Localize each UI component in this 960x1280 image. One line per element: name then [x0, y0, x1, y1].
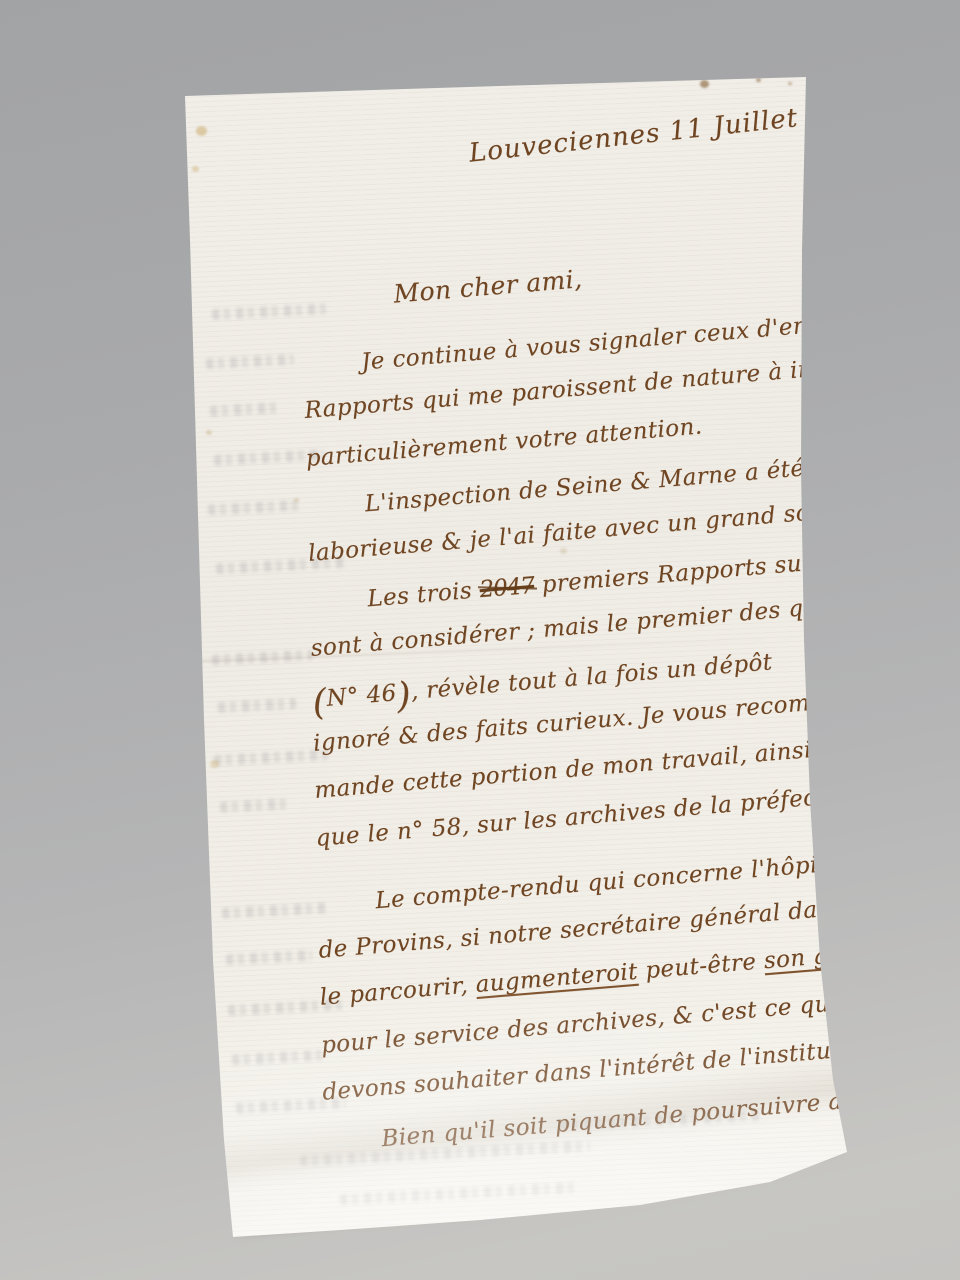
- letter-line: le parcourir, augmenteroit peut-être son…: [319, 936, 921, 1033]
- letter-line: Rapports qui me paroissent de nature à i…: [303, 349, 905, 446]
- handwritten-text: ignoré & des faits curieux. Je vous reco…: [312, 689, 819, 756]
- letter-line: ignoré & des faits curieux. Je vous reco…: [312, 681, 914, 778]
- handwritten-text: que le n° 58, sur les archives de la pré…: [315, 779, 876, 851]
- foxing-spot: [196, 126, 207, 136]
- handwritten-text: devons souhaiter dans l'intérêt de l'ins…: [321, 1034, 886, 1106]
- paper-crease: [192, 636, 810, 663]
- letter-line: Je continue à vous signaler ceux d'entre…: [360, 305, 904, 397]
- showthrough-streak: [212, 649, 312, 665]
- photo-scene: Louveciennes 11 Juillet 64. Mon cher ami…: [0, 0, 960, 1280]
- showthrough-streak: [214, 749, 332, 766]
- showthrough-streak: [236, 1097, 346, 1114]
- showthrough-streak: [218, 698, 296, 713]
- letter-body: Mon cher ami,Je continue à vous signaler…: [302, 266, 925, 1174]
- showthrough-streak: [212, 303, 332, 320]
- letter-line: pour le service des archives, & c'est ce…: [320, 983, 922, 1080]
- letter-line: de Provins, si notre secrétaire général …: [318, 888, 920, 985]
- handwritten-text: de Provins, si notre secrétaire général …: [318, 891, 888, 964]
- showthrough-streak: [228, 999, 348, 1016]
- handwritten-text: mande cette portion de mon travail, ains…: [313, 737, 812, 804]
- showthrough-streak: [210, 402, 280, 417]
- struck-out-word: 2047: [479, 573, 535, 603]
- handwritten-text: Les trois: [366, 577, 480, 612]
- showthrough-streak: [216, 557, 346, 575]
- handwritten-text: Rapports qui me paroissent de nature à i…: [303, 348, 912, 424]
- showthrough-streak: [220, 798, 286, 812]
- letter-line: Mon cher ami,: [392, 238, 902, 327]
- letter-line: mande cette portion de mon travail, ains…: [313, 729, 915, 826]
- handwritten-text: Bien qu'il soit piquant de poursuivre av…: [381, 1085, 884, 1152]
- handwritten-text: particulièrement votre attention.: [305, 413, 704, 472]
- handwritten-text: le parcourir,: [319, 972, 477, 1011]
- foxing-spot: [206, 430, 212, 435]
- handwritten-text: (: [311, 682, 329, 724]
- letter-line: (N° 46), révèle tout à la fois un dépôt: [311, 634, 913, 731]
- showthrough-streak: [222, 902, 326, 918]
- handwritten-text: Je continue à vous signaler ceux d'entre…: [360, 305, 900, 375]
- foxing-spot: [192, 166, 199, 172]
- handwritten-text: L'inspection de Seine & Marne a été asse…: [364, 449, 878, 517]
- showthrough-streak: [208, 500, 303, 516]
- underlined-phrase: augmenteroit: [475, 959, 639, 998]
- foxing-spot: [788, 82, 792, 85]
- letter-line: que le n° 58, sur les archives de la pré…: [315, 776, 917, 873]
- handwritten-text: premiers Rapports sur Provins: [533, 542, 912, 599]
- showthrough-streak: [214, 449, 324, 466]
- showthrough-streak: [560, 1110, 760, 1131]
- foxing-spot: [210, 760, 219, 768]
- foxing-spot: [294, 498, 299, 502]
- handwritten-text: , révèle tout à la fois un dépôt: [410, 649, 774, 705]
- handwritten-text: pour le service des archives, & c'est ce…: [320, 984, 909, 1058]
- foxing-spot: [560, 548, 567, 554]
- letter-line: Le compte-rendu qui concerne l'hôpital: [374, 844, 918, 936]
- handwritten-text: peut-être: [637, 948, 765, 984]
- letter-line: Les trois 2047 premiers Rapports sur Pro…: [366, 542, 910, 634]
- paper-curl: [197, 1048, 890, 1199]
- underlined-phrase: son goût: [763, 940, 868, 974]
- letter-line: laborieuse & je l'ai faite avec un grand…: [307, 491, 909, 588]
- letter-line: sont à considérer ; mais le premier des …: [310, 586, 912, 683]
- showthrough-streak: [340, 1182, 580, 1206]
- showthrough-streak: [206, 354, 294, 370]
- letter-line: devons souhaiter dans l'intérêt de l'ins…: [321, 1031, 923, 1128]
- handwritten-text: ): [395, 675, 413, 717]
- showthrough-streak: [226, 950, 312, 965]
- handwritten-text: N° 46: [326, 680, 398, 712]
- handwritten-text: sont à considérer ; mais le premier des …: [310, 589, 877, 661]
- dateline: Louveciennes 11 Juillet 64.: [468, 97, 853, 168]
- handwritten-text: Mon cher ami,: [392, 264, 583, 308]
- letter-line: L'inspection de Seine & Marne a été asse…: [364, 447, 908, 539]
- foxing-spot: [700, 80, 709, 88]
- showthrough-streak: [300, 1140, 590, 1166]
- handwritten-text: Le compte-rendu qui concerne l'hôpital: [374, 849, 850, 914]
- letter-line: particulièrement votre attention.: [305, 396, 907, 493]
- foxing-spot: [790, 112, 793, 115]
- letter-sheet: Louveciennes 11 Juillet 64. Mon cher ami…: [0, 0, 960, 1280]
- showthrough-streak: [232, 1050, 324, 1066]
- handwritten-text: laborieuse & je l'ai faite avec un grand…: [307, 497, 841, 567]
- foxing-spot: [756, 78, 761, 82]
